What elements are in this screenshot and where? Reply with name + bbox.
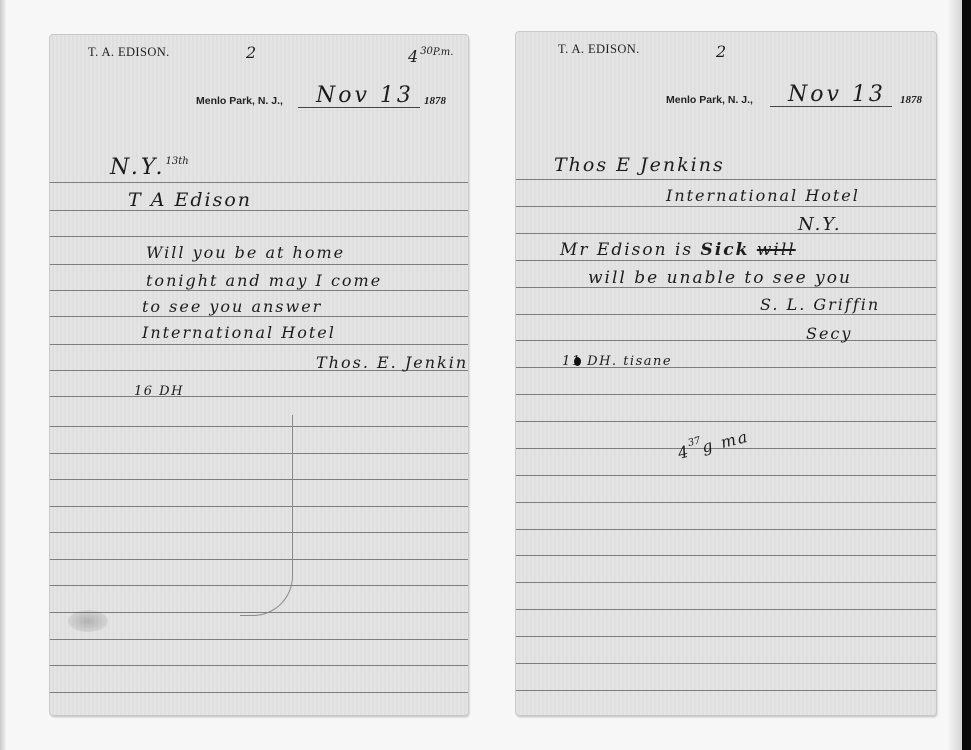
year: 1878 [424,95,446,107]
ruled-line [516,690,936,691]
address-line-2: N.Y. [798,214,842,235]
ruled-line [50,396,468,397]
telegram-page-left: T. A. EDISON. 2 430P.m. Menlo Park, N. J… [50,35,468,715]
year: 1878 [900,94,922,106]
page-mark: 2 [716,42,728,61]
ruled-line [50,182,468,183]
scan-edge-right [962,0,971,750]
ruled-line [50,344,468,345]
ruled-line [516,340,936,341]
ruled-line [516,663,936,664]
letterhead: T. A. EDISON. [558,42,640,57]
page-mark: 2 [246,43,258,62]
ruled-line [516,529,936,530]
ruled-line [516,394,936,395]
message-line-4: International Hotel [142,323,336,342]
ruled-line [50,639,468,640]
handwritten-date: Nov 13 [788,82,886,107]
ruled-line [516,233,936,234]
ruled-line [50,236,468,237]
message-line-3: to see you answer [142,297,322,316]
letterhead: T. A. EDISON. [88,45,170,60]
ruled-line [516,582,936,583]
ruled-line [50,290,468,291]
ruled-line [516,609,936,610]
ruled-line [50,210,468,211]
ruled-line [50,316,468,317]
ruled-line [516,421,936,422]
telegram-page-right: T. A. EDISON. 2 Menlo Park, N. J., Nov 1… [516,32,936,715]
signature-title: Secy [806,324,852,343]
ink-blot [574,357,581,366]
message-line-2: will be unable to see you [588,268,852,288]
operator-note: 16 DH [134,384,184,399]
ruled-line [50,264,468,265]
ruled-line [516,475,936,476]
scan-edge-shadow [948,0,962,750]
ruled-line [516,260,936,261]
place-line: Menlo Park, N. J., [666,94,753,106]
ruled-line [50,692,468,693]
addressee: Thos E Jenkins [554,154,725,176]
message-line-2: tonight and may I come [146,271,382,290]
addressee: T A Edison [128,189,252,211]
ruled-line [516,555,936,556]
address-line-1: International Hotel [666,186,860,205]
signature: S. L. Griffin [760,295,880,314]
ruled-line [516,502,936,503]
ruled-line [516,179,936,180]
origin: N.Y.13th [110,155,189,180]
message-line-1: Will you be at home [146,243,345,262]
scan-edge-left [0,0,6,750]
ruled-line [516,206,936,207]
time-received: 437g ma [676,427,751,463]
handwritten-date: Nov 13 [316,83,414,108]
ruled-line [516,636,936,637]
message-line-1: Mr Edison is Sick will [560,240,796,260]
time-note: 430P.m. [408,47,433,66]
ruled-line [50,665,468,666]
signature: Thos. E. Jenkins [316,353,468,372]
pencil-mark [240,415,293,616]
ink-smudge [68,610,108,632]
ruled-line [516,314,936,315]
place-line: Menlo Park, N. J., [196,95,283,107]
